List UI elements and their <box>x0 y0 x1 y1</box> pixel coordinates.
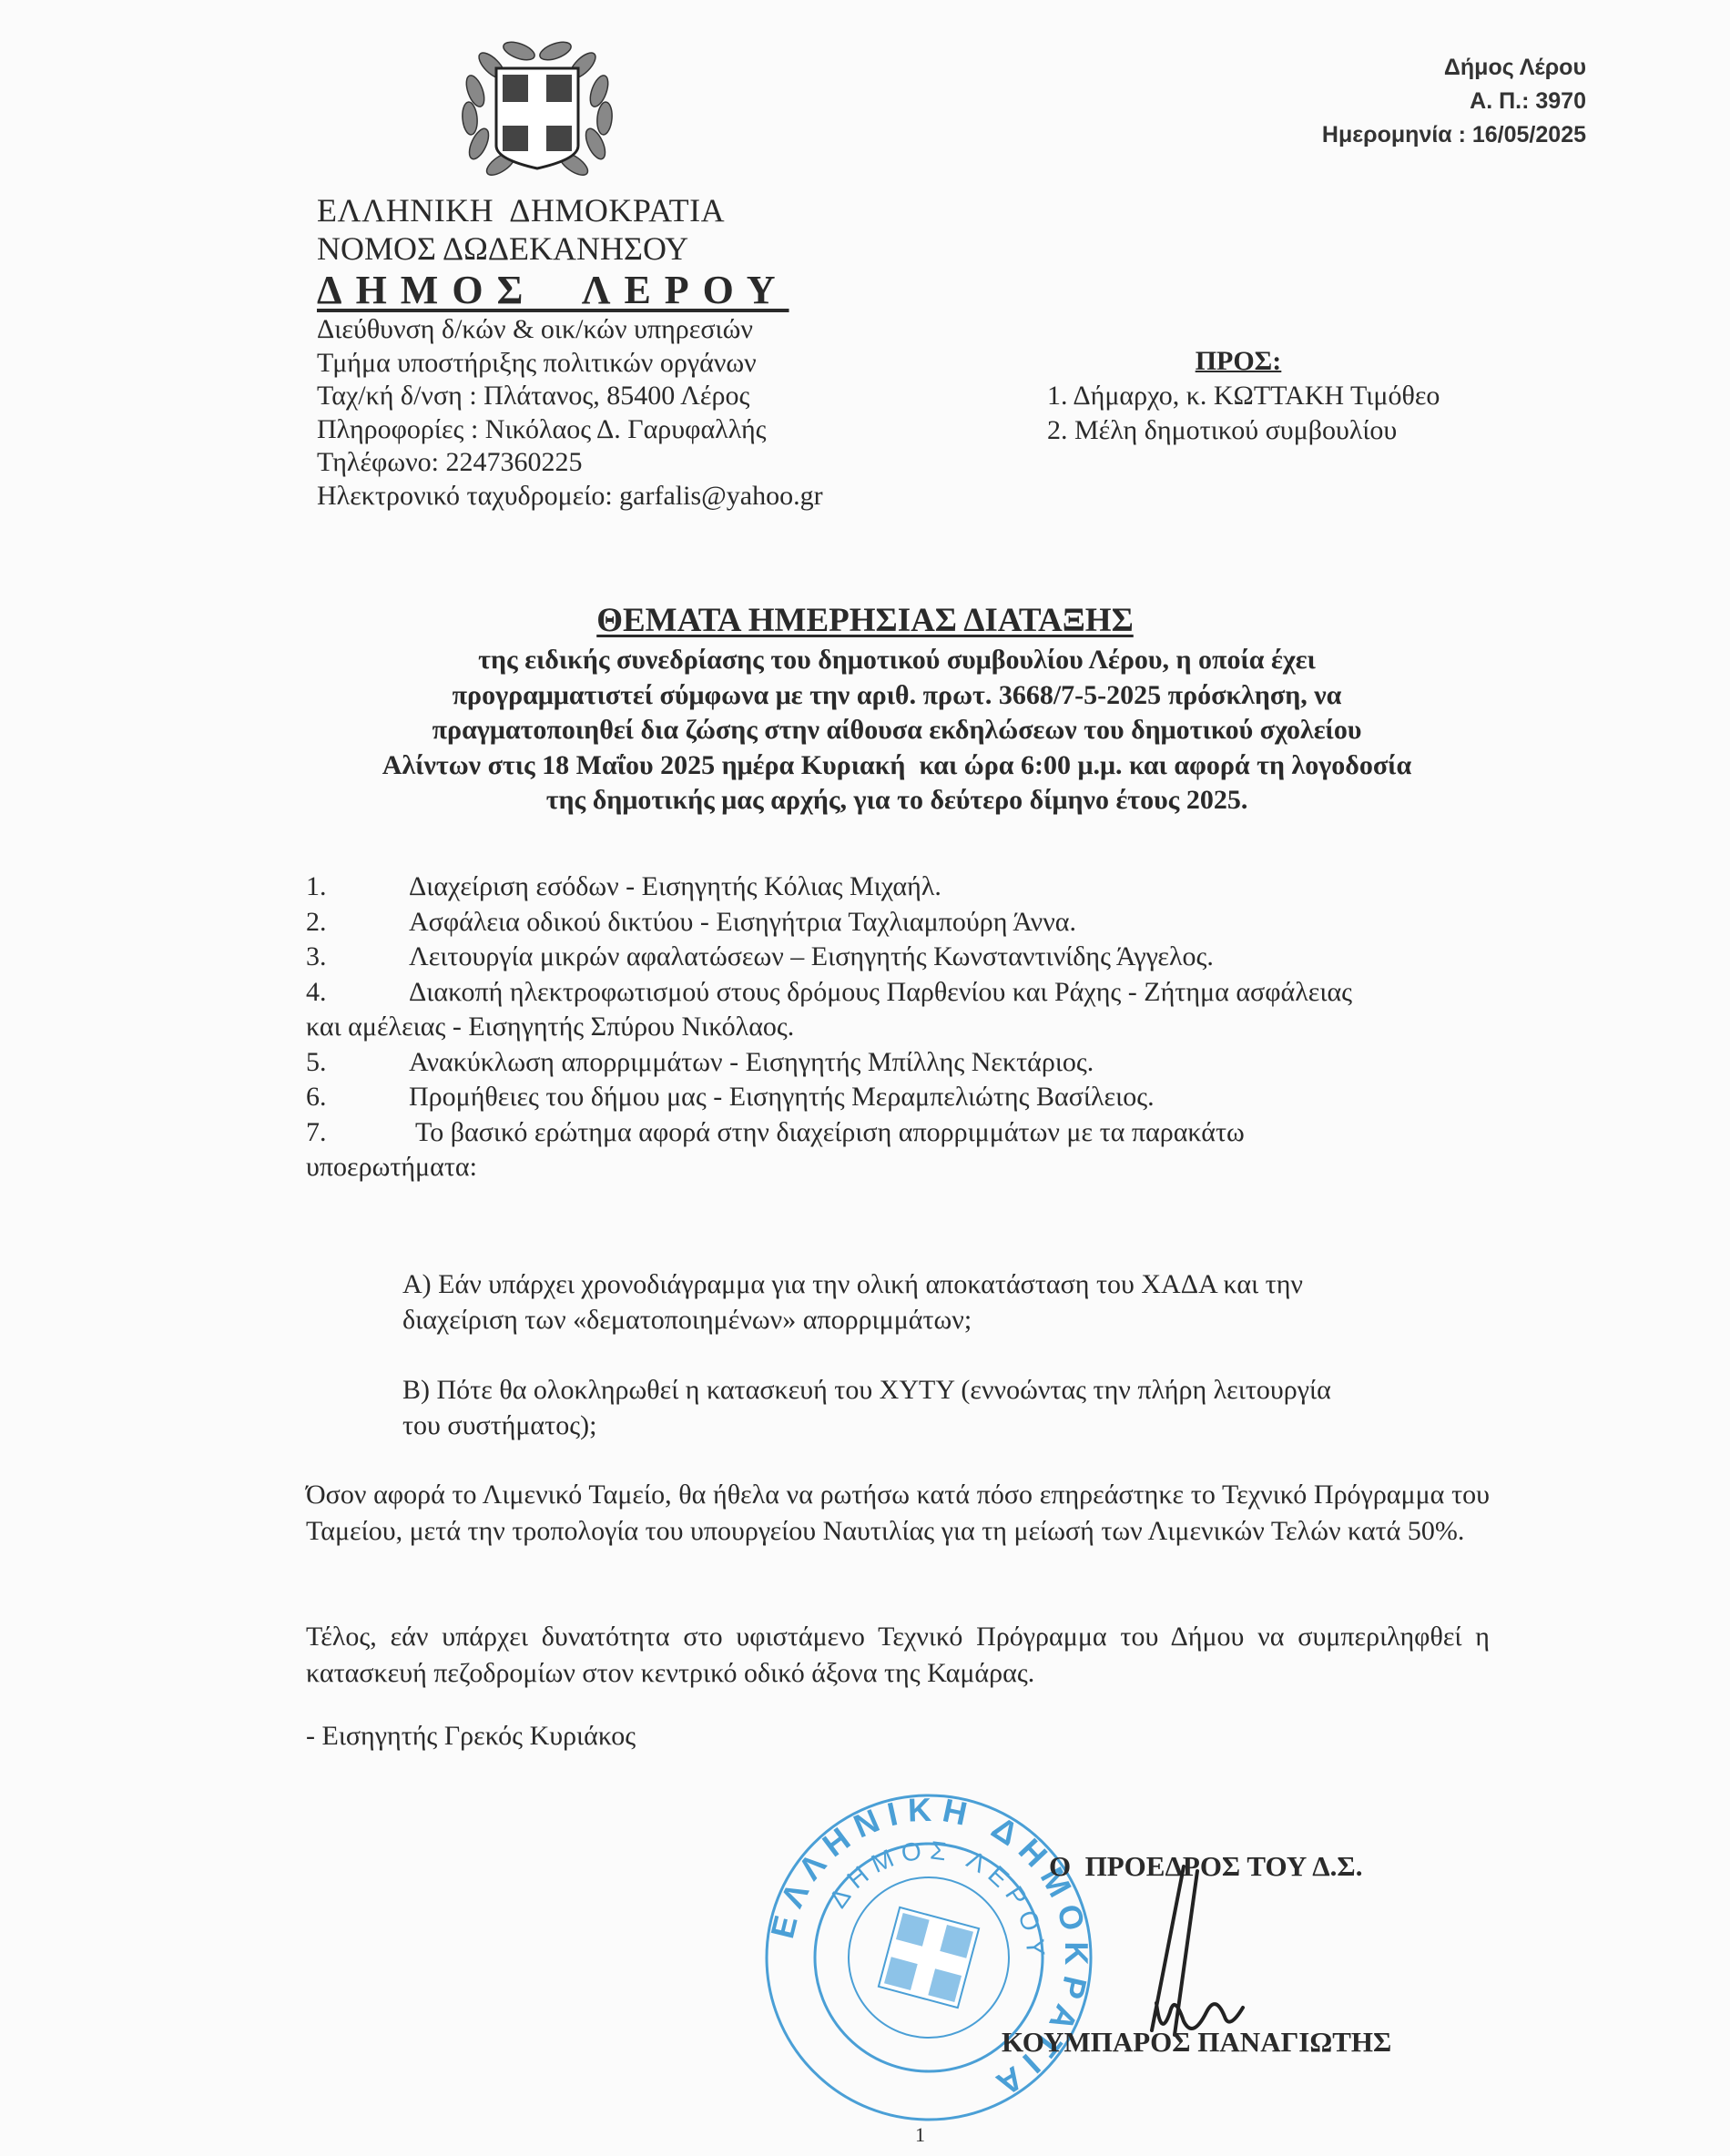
reference-block: Δήμος Λέρου Α. Π.: 3970 Ημερομηνία : 16/… <box>1322 51 1586 152</box>
sub-question-line: Β) Πότε θα ολοκληρωθεί η κατασκευή του Χ… <box>402 1373 1541 1409</box>
protocol-number: Α. Π.: 3970 <box>1322 85 1586 118</box>
item-text: Προμήθειες του δήμου μας - Εισηγητής Μερ… <box>409 1082 1155 1112</box>
postal-address: Ταχ/κή δ/νση : Πλάτανος, 85400 Λέρος <box>317 380 823 413</box>
document-date: Ημερομηνία : 16/05/2025 <box>1322 118 1586 152</box>
sub-question-line: διαχείριση των «δεματοποιημένων» απορριμ… <box>402 1303 1541 1338</box>
agenda-item: 6.Προμήθειες του δήμου μας - Εισηγητής Μ… <box>306 1080 1535 1115</box>
agenda-item: 4.Διακοπή ηλεκτροφωτισμού στους δρόμους … <box>306 975 1535 1045</box>
item-text: Λειτουργία μικρών αφαλατώσεων – Εισηγητή… <box>409 941 1214 971</box>
item-text: Διαχείριση εσόδων - Εισηγητής Κόλιας Μιχ… <box>409 871 941 901</box>
recipients-header: ΠΡΟΣ: <box>1047 344 1430 379</box>
intro-line: της δημοτικής μας αρχής, για το δεύτερο … <box>328 783 1466 819</box>
phone: Τηλέφωνο: 2247360225 <box>317 446 823 480</box>
agenda-item: 2.Ασφάλεια οδικού δικτύου - Εισηγήτρια Τ… <box>306 905 1535 941</box>
intro-line: πραγματοποιηθεί δια ζώσης στην αίθουσα ε… <box>328 713 1466 748</box>
intro-line: της ειδικής συνεδρίασης του δημοτικού συ… <box>328 643 1466 678</box>
issuer-block: ΕΛΛΗΝΙΚΗ ΔΗΜΟΚΡΑΤΙΑ ΝΟΜΟΣ ΔΩΔΕΚΑΝΗΣΟΥ ΔΗ… <box>317 191 823 513</box>
intro-line: προγραμματιστεί σύμφωνα με την αριθ. πρω… <box>328 678 1466 714</box>
item-text: Το βασικό ερώτημα αφορά στην διαχείριση … <box>409 1117 1245 1147</box>
agenda-title: ΘΕΜΑΤΑ ΗΜΕΡΗΣΙΑΣ ΔΙΑΤΑΞΗΣ <box>0 601 1730 640</box>
municipal-stamp-icon: ΕΛΛΗΝΙΚΗ ΔΗΜΟΚΡΑΤΙΑ ΔΗΜΟΣ ΛΕΡΟΥ <box>760 1789 1097 2126</box>
item-number: 7. <box>306 1115 409 1151</box>
agenda-item: 5.Ανακύκλωση απορριμμάτων - Εισηγητής Μπ… <box>306 1045 1535 1081</box>
item-number: 1. <box>306 870 409 905</box>
item-number: 5. <box>306 1045 409 1081</box>
item-text: Διακοπή ηλεκτροφωτισμού στους δρόμους Πα… <box>409 977 1352 1007</box>
recipients-block: ΠΡΟΣ: 1. Δήμαρχο, κ. ΚΩΤΤΑΚΗ Τιμόθεο 2. … <box>1047 344 1593 448</box>
agenda-item: 7. Το βασικό ερώτημα αφορά στην διαχείρι… <box>306 1115 1535 1185</box>
recipient-item: 1. Δήμαρχο, κ. ΚΩΤΤΑΚΗ Τιμόθεο <box>1047 379 1593 413</box>
sub-question-line: Α) Εάν υπάρχει χρονοδιάγραμμα για την ολ… <box>402 1267 1541 1303</box>
sub-question-a: Α) Εάν υπάρχει χρονοδιάγραμμα για την ολ… <box>306 1267 1541 1337</box>
rapporteur: - Εισηγητής Γρεκός Κυριάκος <box>306 1721 636 1752</box>
handwritten-signature-icon <box>1120 1857 1320 2049</box>
item-continuation: υποερωτήματα: <box>306 1150 1535 1185</box>
item-continuation: και αμέλειας - Εισηγητής Σπύρου Νικόλαος… <box>306 1010 1535 1045</box>
intro-line: Αλίντων στις 18 Μαΐου 2025 ημέρα Κυριακή… <box>328 748 1466 784</box>
coat-of-arms-icon <box>455 36 619 182</box>
department: Διεύθυνση δ/κών & οικ/κών υπηρεσιών <box>317 313 823 347</box>
email: Ηλεκτρονικό ταχυδρομείο: garfalis@yahoo.… <box>317 480 823 514</box>
municipality-name: ΔΗΜΟΣ ΛΕΡΟΥ <box>317 268 823 313</box>
item-number: 6. <box>306 1080 409 1115</box>
prefecture-name: ΝΟΜΟΣ ΔΩΔΕΚΑΝΗΣΟΥ <box>317 229 823 268</box>
agenda-item: 1.Διαχείριση εσόδων - Εισηγητής Κόλιας Μ… <box>306 870 1535 905</box>
page-number: 1 <box>915 2123 925 2147</box>
port-fund-paragraph: Όσον αφορά το Λιμενικό Ταμείο, θα ήθελα … <box>306 1477 1490 1550</box>
item-text: Ασφάλεια οδικού δικτύου - Εισηγήτρια Ταχ… <box>409 907 1076 937</box>
reference-issuer: Δήμος Λέρου <box>1322 51 1586 85</box>
signatory-name: ΚΟΥΜΠΑΡΟΣ ΠΑΝΑΓΙΩΤΗΣ <box>1002 2026 1391 2059</box>
agenda-intro: της ειδικής συνεδρίασης του δημοτικού συ… <box>328 643 1466 819</box>
item-number: 4. <box>306 975 409 1011</box>
item-number: 2. <box>306 905 409 941</box>
recipient-item: 2. Μέλη δημοτικού συμβουλίου <box>1047 413 1593 448</box>
country-name: ΕΛΛΗΝΙΚΗ ΔΗΜΟΚΡΑΤΙΑ <box>317 191 823 229</box>
agenda-item: 3.Λειτουργία μικρών αφαλατώσεων – Εισηγη… <box>306 940 1535 975</box>
agenda-items: 1.Διαχείριση εσόδων - Εισηγητής Κόλιας Μ… <box>306 870 1535 1185</box>
item-text: Ανακύκλωση απορριμμάτων - Εισηγητής Μπίλ… <box>409 1047 1094 1077</box>
item-number: 3. <box>306 940 409 975</box>
section: Τμήμα υποστήριξης πολιτικών οργάνων <box>317 347 823 381</box>
sidewalk-paragraph: Τέλος, εάν υπάρχει δυνατότητα στο υφιστά… <box>306 1619 1490 1692</box>
contact-person: Πληροφορίες : Νικόλαος Δ. Γαρυφαλλής <box>317 413 823 447</box>
sub-question-b: Β) Πότε θα ολοκληρωθεί η κατασκευή του Χ… <box>306 1373 1541 1443</box>
sub-question-line: του συστήματος); <box>402 1409 1541 1444</box>
